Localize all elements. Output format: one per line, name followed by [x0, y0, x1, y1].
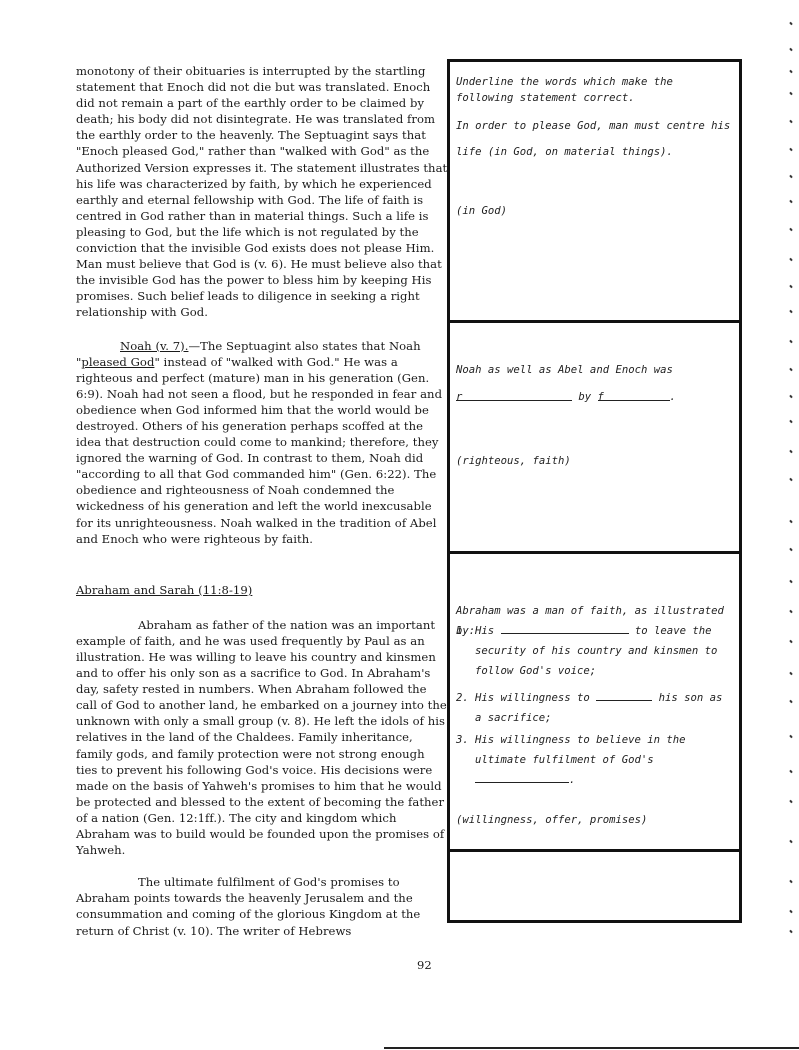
- scan-edge-marks: [790, 0, 796, 1000]
- frame-1: Underline the words which make the follo…: [450, 62, 739, 323]
- frame-3-answer: (willingness, offer, promises): [456, 812, 735, 828]
- paragraph-noah: Noah (v. 7).—The Septuagint also states …: [76, 338, 448, 547]
- frame-1-statement: In order to please God, man must centre …: [456, 113, 735, 165]
- frame-1-answer: (in God): [456, 203, 735, 219]
- page-number: 92: [417, 958, 432, 972]
- frame-2-statement: Noah as well as Abel and Enoch was: [456, 362, 735, 378]
- frame-3-item-2: 2.His willingness to his son as a sacrif…: [456, 688, 735, 728]
- section-heading-abraham: Abraham and Sarah (11:8-19): [76, 582, 448, 598]
- paragraph-ultimate-fulfilment: The ultimate fulfilment of God's promise…: [76, 874, 448, 938]
- paragraph-enoch: monotony of their obituaries is interrup…: [76, 63, 448, 321]
- frame-2-blanks-line: r by f.: [456, 389, 735, 405]
- blank-faith[interactable]: f: [598, 389, 670, 401]
- frame-2: Noah as well as Abel and Enoch was r by …: [450, 323, 739, 554]
- frame-1-instruction: Underline the words which make the follo…: [456, 74, 735, 106]
- document-page: monotony of their obituaries is interrup…: [0, 0, 799, 1050]
- frame-3-item-1: 1.His to leave the security of his count…: [456, 621, 735, 681]
- paragraph-abraham: Abraham as father of the nation was an i…: [76, 617, 448, 858]
- blank-promises[interactable]: [475, 771, 569, 783]
- blank-offer[interactable]: [596, 689, 652, 701]
- bottom-rule-divider: [384, 1047, 799, 1049]
- noah-subheading: Noah (v. 7).: [120, 339, 188, 353]
- frame-4-empty: [450, 852, 739, 920]
- frame-3-item-3: 3.His willingness to believe in the ulti…: [456, 730, 735, 790]
- blank-willingness[interactable]: [501, 622, 629, 634]
- frame-3: Abraham was a man of faith, as illustrat…: [450, 554, 739, 852]
- frame-2-answer: (righteous, faith): [456, 453, 735, 469]
- underlined-phrase: pleased God: [81, 355, 154, 369]
- worksheet-panel: Underline the words which make the follo…: [447, 59, 742, 923]
- body-text-column: monotony of their obituaries is interrup…: [76, 63, 448, 939]
- blank-righteous[interactable]: r: [456, 389, 572, 401]
